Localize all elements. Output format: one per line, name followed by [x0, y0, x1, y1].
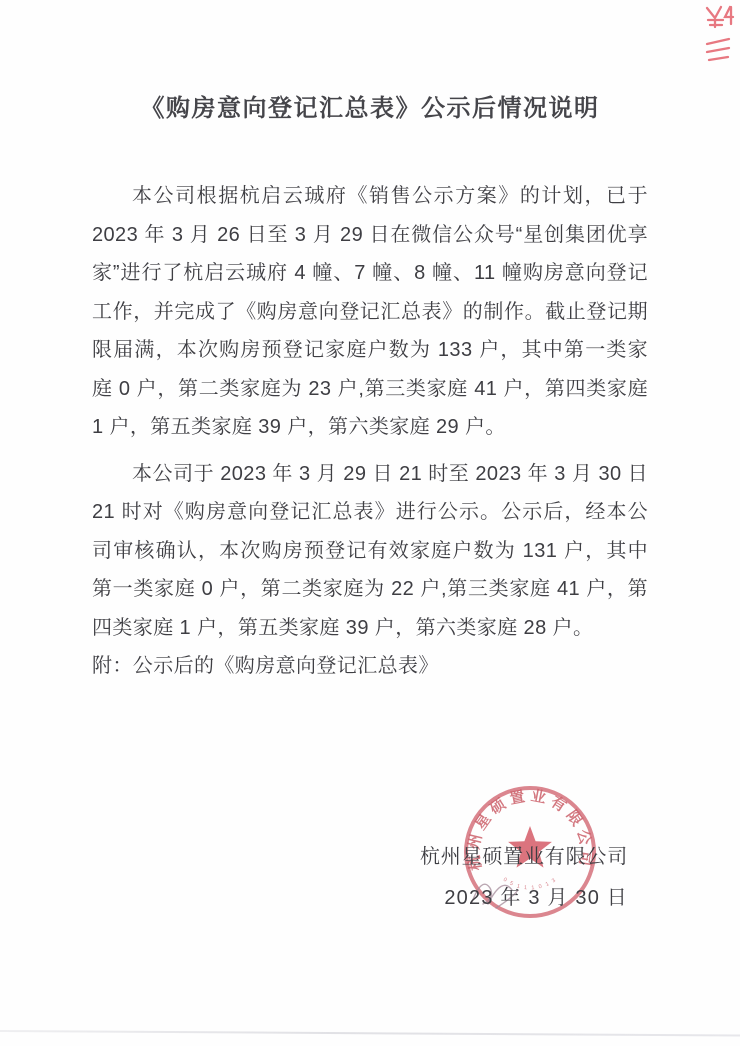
paragraph-registration-summary: 本公司根据杭启云珹府《销售公示方案》的计划，已于 2023 年 3 月 26 日… [92, 177, 648, 447]
company-name: 杭州星硕置业有限公司 [420, 843, 628, 871]
document-page: 《购房意向登记汇总表》公示后情况说明 本公司根据杭启云珹府《销售公示方案》的计划… [0, 0, 740, 1046]
paragraph-publicity-result: 本公司于 2023 年 3 月 29 日 21 时至 2023 年 3 月 30… [92, 455, 648, 648]
document-body: 本公司根据杭启云珹府《销售公示方案》的计划，已于 2023 年 3 月 26 日… [92, 177, 648, 686]
document-title: 《购房意向登记汇总表》公示后情况说明 [0, 88, 740, 123]
attachment-note: 附：公示后的《购房意向登记汇总表》 [92, 647, 648, 686]
signature-block: 杭州星硕置业有限公司 2023 年 3 月 30 日 [420, 843, 628, 912]
red-stamp-fragment-icon [702, 4, 736, 66]
page-edge-shadow [0, 1030, 740, 1037]
signature-date: 2023 年 3 月 30 日 [420, 884, 628, 912]
